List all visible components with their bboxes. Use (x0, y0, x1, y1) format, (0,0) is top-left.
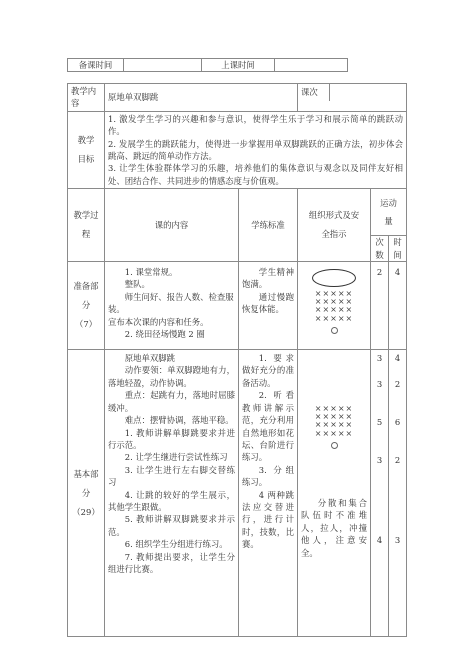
content-line: 6. 组织学生分组进行练习。 (108, 538, 235, 550)
formation-diagram: ××××× ××××× ××××× ××××× (301, 405, 367, 449)
section-prep-label: 准备部分 （7） (68, 262, 105, 350)
objectives-label: 教学目标 (68, 111, 105, 188)
lesson-plan-table: 教学内容 原地单双脚跳 课次 教学目标 1. 激发学生学习的兴趣和参与意识，使得… (67, 83, 407, 637)
load-time: 4 (389, 262, 407, 350)
student-row: ××××× (315, 315, 354, 323)
standard-line: 1. 要求做好充分的准备活动。 (242, 352, 294, 389)
load-count: 2 (371, 262, 389, 350)
content-line: 原地单双脚跳 (108, 352, 235, 364)
content-line: 宣布本次课的内容和任务。 (108, 316, 235, 328)
standard-line: 学生精神饱满。 (242, 266, 294, 291)
track-oval-icon (312, 269, 356, 287)
content-header: 课的内容 (105, 189, 239, 262)
organization-header: 组织形式及安全指示 (298, 189, 371, 262)
content-line: 2. 绕田径场慢跑 2 圈 (108, 328, 235, 340)
section-prep-standard: 学生精神饱满。 通过慢跑恢复体能。 (239, 262, 298, 350)
section-name: 准备部分 (73, 281, 98, 310)
section-basic-content: 原地单双脚跳 动作要领：单双脚蹬地有力，落地轻盈，动作协调。 重点：起跳有力，落… (105, 350, 239, 637)
objective-item: 1. 激发学生学习的兴趣和参与意识，使得学生乐于学习和展示简单的跳跃动作。 (108, 113, 403, 138)
section-prep-content: 1. 课堂常规。 整队。 师生问好、报告人数、检查服装。 宣布本次课的内容和任务… (105, 262, 239, 350)
content-label: 教学内容 (68, 84, 105, 112)
content-line: 2. 让学生继进行尝试性练习 (108, 451, 235, 463)
load-time: 6 (389, 416, 406, 454)
content-line: 7. 教师提出要求，让学生分组进行比赛。 (108, 551, 235, 576)
content-line: 1. 教师讲解单脚跳要求并进行示范。 (108, 427, 235, 452)
section-minutes: （7） (75, 319, 97, 329)
standard-line: 4 两种跳法应交替进行，进行计时，技数，比赛。 (242, 489, 294, 551)
load-time: 2 (389, 454, 406, 534)
safety-note: 分散和集合队伍时不准堆人，拉人，冲撞他人，注意安全。 (301, 497, 367, 559)
load-time: 2 (389, 378, 406, 416)
objectives-list: 1. 激发学生学习的兴趣和参与意识，使得学生乐于学习和展示简单的跳跃动作。 2.… (105, 111, 407, 188)
load-count: 3 (371, 454, 388, 534)
lesson-no-label: 课次 (298, 84, 330, 101)
standard-line: 通过慢跑恢复体能。 (242, 291, 294, 316)
section-minutes: （29） (72, 507, 99, 517)
load-count-column: 3 3 5 3 4 (371, 350, 389, 637)
content-line: 5. 教师讲解双脚跳要求并示范。 (108, 513, 235, 538)
load-time-column: 4 2 6 2 3 (389, 350, 407, 637)
load-count: 4 (371, 534, 388, 546)
content-line: 整队。 (108, 278, 235, 290)
content-line: 1. 课堂常规。 (108, 266, 235, 278)
standard-line: 3. 分组练习。 (242, 464, 294, 489)
load-time: 4 (389, 352, 406, 378)
load-time: 3 (389, 534, 406, 546)
section-prep-formation: ××××× ××××× ××××× ××××× (298, 262, 371, 350)
section-basic-standard: 1. 要求做好充分的准备活动。 2. 听看教师讲解示范，充分利用自然地形如花坛、… (239, 350, 298, 637)
prep-time-label: 备课时间 (68, 59, 124, 72)
section-name: 基本部分 (73, 469, 98, 498)
prep-time-value[interactable] (124, 59, 202, 72)
content-value: 原地单双脚跳 (105, 84, 298, 112)
content-line: 重点：起跳有力，落地时屈膝缓冲。 (108, 389, 235, 414)
load-count: 3 (371, 352, 388, 378)
teacher-position-icon (331, 442, 338, 449)
section-basic-label: 基本部分 （29） (68, 350, 105, 637)
load-count: 5 (371, 416, 388, 454)
content-line: 4. 让跳的较好的学生展示，其他学生跟做。 (108, 489, 235, 514)
process-header: 教学过程 (68, 189, 105, 262)
load-header: 运动量 (371, 189, 407, 236)
class-time-label: 上课时间 (202, 59, 275, 72)
section-basic-formation: ××××× ××××× ××××× ××××× 分散和集合队伍时不准堆人，拉人，… (298, 350, 371, 637)
standard-header: 学练标准 (239, 189, 298, 262)
time-header: 时间 (389, 236, 407, 262)
formation-diagram: ××××× ××××× ××××× ××××× (301, 263, 367, 334)
student-row: ××××× (315, 430, 354, 438)
count-header: 次数 (371, 236, 389, 262)
content-line: 师生问好、报告人数、检查服装。 (108, 291, 235, 316)
objective-item: 2. 发展学生的跳跃能力，使得进一步掌握用单双脚跳跃的正确方法，初步体会跳高、跳… (108, 138, 403, 163)
standard-line: 2. 听看教师讲解示范，充分利用自然地形如花坛、台阶进行练习。 (242, 389, 294, 463)
schedule-table: 备课时间 上课时间 (67, 58, 348, 72)
content-line: 动作要领：单双脚蹬地有力，落地轻盈，动作协调。 (108, 364, 235, 389)
content-line: 3. 让学生进行左右脚交替练习 (108, 464, 235, 489)
load-count: 3 (371, 378, 388, 416)
teacher-position-icon (331, 327, 338, 334)
class-time-value[interactable] (275, 59, 348, 72)
objective-item: 3. 让学生体验群体学习的乐趣，培养他们的集体意识与观念以及同伴友好相处、团结合… (108, 162, 403, 187)
content-line: 难点：摆臂协调，落地平稳。 (108, 414, 235, 426)
